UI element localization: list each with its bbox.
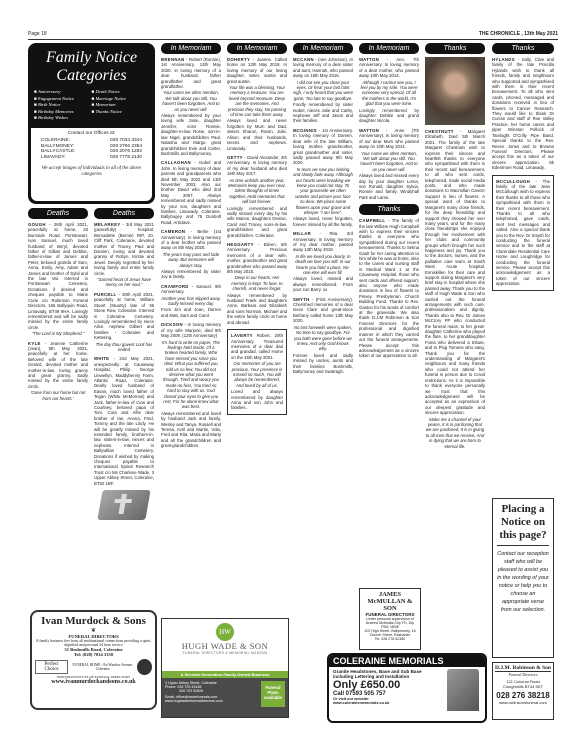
death-notice: MELARKEY - 3rd May 2021 (peacefully) hos… [94, 222, 154, 288]
notice-name: SMYTH [293, 297, 310, 302]
notice-text: - Jeannie Catherine (Jean), 5th May 2021… [28, 341, 88, 389]
coleraine-memorials-title: COLERAINE MEMORIALS [329, 655, 485, 667]
notice-verse: Make me a channel of your peace, It is i… [425, 417, 485, 449]
memoriam-notice: MCCANN - (nee Johnston). In loving memor… [293, 57, 353, 124]
family-notice-categories-box: Family Notice Categories Anniversary Dea… [28, 43, 155, 204]
notice-text: - Robert (Ronnie), 1st Anniversary, 13th… [161, 57, 221, 89]
notice-text: - The family of the late Jean McCullough… [496, 179, 550, 287]
notice-signoff: Always remembered by sister Joy & family… [161, 269, 221, 279]
memoriam-notice: DICKSON - In loving memory of my wife Ma… [161, 322, 221, 448]
notice-text: - Margaret Elizabeth. Died 5th March 202… [425, 129, 485, 415]
placing-notice-body: Contact our reception staff who will be … [497, 550, 549, 614]
placing-notice-title: Placing a Notice on this page? [497, 503, 549, 546]
thanks-banner: Thanks [425, 43, 485, 54]
memoriam-notice: HEGGARTY - Eileen. 6th Anniversary. Prec… [227, 242, 287, 325]
notice-signoff: Fondly remembered by sister Isobel, niec… [293, 102, 353, 123]
death-notice: PURCELL - 30th April 2021, peacefully at… [94, 292, 154, 352]
murdock-website: www.ivanmurdockandsons.co.uk [35, 679, 152, 685]
hugh-wade-logo: HW [216, 623, 234, 641]
deaths-column-1: Deaths GOUGH - 26th April 2021, peaceful… [28, 208, 88, 405]
notice-name: MCCULLOUGH [496, 179, 530, 184]
memoriam-notice: CALLAGHAN - Isobel and John. In loving m… [161, 160, 221, 225]
memoriam-notice: WATTON - Ann. 7th Anniversary. In loving… [359, 57, 419, 124]
bible-cross-image [97, 490, 150, 520]
notice-name: LAVERTY [231, 333, 253, 338]
notice-verse: Your name we often mention, We talk abou… [161, 90, 221, 112]
robinson-web: www.robinsonsfuneral.com [495, 700, 551, 705]
mcmullan-address: 102 High Street, Ballymoney, 16 Church S… [362, 629, 418, 637]
notice-signoff: Always loved and never forgotten by Mum … [227, 118, 287, 150]
notice-name: CALLAGHAN [161, 160, 191, 165]
notice-signoff: Always remembered and loved by husband J… [161, 411, 221, 448]
hugh-wade-tagline: A Seventh Generation Family Owned Busine… [162, 671, 288, 678]
death-notice: KYLE - Jeannie Catherine (Jean), 5th May… [28, 341, 88, 401]
funeral-plans-badge: Funeral Plans available [261, 681, 285, 707]
memoriam-notice-boxed: LAVERTY Robert. 20th Anniversary. Treasu… [227, 329, 287, 415]
memoriam-notice: DOHERTY - Joanne. Called home on 13th Ma… [227, 57, 287, 151]
thanks-notice-boxed: MCCULLOUGH - The family of the late Jean… [492, 175, 554, 291]
notice-verse: "The Lord is My Shepherd." [28, 331, 88, 336]
memoriam-notice: MCGINNIS - 1st Anniversary. In loving me… [293, 128, 353, 227]
category-item: Birthday Wishes [34, 115, 92, 122]
notice-verse: In life we loved you dearly, In death we… [293, 254, 353, 276]
robinson-name: D.J.M. Robinson & Son [495, 665, 551, 672]
hugh-wade-sub: FUNERAL DIRECTORS & MEMORIAL MASONS [162, 651, 288, 655]
notice-signoff: Lovingly remembered and sadly missed eve… [227, 206, 287, 238]
notice-verse: The day thou gavest Lord has ended [94, 342, 154, 353]
notice-name: CAMPBELL [359, 218, 385, 223]
memoriam-notice: WATTON - Anne (7th Anniversary). In lovi… [359, 128, 419, 200]
categories-list: Anniversary Death Notice Engagement Noti… [28, 85, 155, 126]
mcmullan-name: JAMES McMULLAN & SON [362, 591, 418, 612]
notice-name: MCGINNIS [293, 128, 317, 133]
memoriam-column-1: In Memoriam BRENNAN - Robert (Ronnie), 1… [161, 43, 221, 588]
murdock-home: FUNERAL HOME - En Windsor Avenue, Colera… [68, 663, 137, 671]
thanks-banner: Thanks [359, 204, 419, 215]
notice-name: WATTON [359, 57, 379, 62]
notice-verse: "Sacred heart of Jesus have mercy on her… [94, 277, 154, 288]
notice-name: BRENNAN [161, 57, 185, 62]
notice-text: - 2nd May 2021, unexpectedly at Causeway… [94, 356, 154, 485]
notice-name: KYLE [28, 341, 41, 346]
notice-name: DOHERTY [227, 57, 250, 62]
murdock-name: Ivan Murdock & Sons [35, 615, 152, 627]
notice-text: - 1st Anniversary. In loving memory of D… [293, 128, 353, 165]
notice-verse: Your life was a blessing, Your memory a … [227, 85, 287, 117]
images-accepted-note: We accept images of individuals in all o… [37, 166, 146, 178]
notice-signoff: Always loved, missed and always remember… [293, 276, 353, 292]
memoriam-notice: GETTY - David Alexander, 4th Anniversary… [227, 155, 287, 238]
robinson-ad: D.J.M. Robinson & Son Funeral Directors … [492, 662, 554, 720]
notice-text: - The family of the late William Hugh Ca… [359, 218, 419, 358]
notice-verse: In tears we saw you sinking and slowly f… [293, 167, 353, 216]
notice-name: CHESTNUTT [425, 129, 454, 134]
notice-verse: Another year has slipped away. Sadly mis… [161, 296, 221, 307]
ivan-murdock-ad: Ivan Murdock & Sons ❦ FUNERAL DIRECTORS … [30, 610, 157, 710]
robinson-phone: 028 276 38218 [495, 691, 551, 700]
notice-signoff: Always remembered by your loving wife Jo… [161, 113, 221, 156]
notice-text: - 3rd May 2021 (peacefully) hospital, Be… [94, 222, 154, 276]
thanks-column-2: Thanks HYLANDS - Sally, Clive and family… [492, 43, 554, 483]
notice-signoff: Always remembered by husband Frank and d… [227, 293, 287, 325]
thanks-notice: CAMPBELL - The family of the late Willia… [359, 218, 419, 359]
memoriam-notice: BRENNAN - Robert (Ronnie), 1st Anniversa… [161, 57, 221, 156]
murdock-phone: Tel: (028) 7034 3350 [35, 652, 152, 657]
memoriam-notice: MILLAR - Rita. 3rd Anniversary. In lovin… [293, 231, 353, 292]
murdock-desc: A family business free from all multinat… [35, 639, 152, 647]
perfect-choice-logo: Perfect Choice [35, 660, 68, 674]
notice-verse: 'Gone from our home but not from our hea… [28, 390, 88, 401]
paper-date: THE CHRONICLE , 13th May 2021 [479, 31, 558, 37]
mcmullan-desc: Under personal supervision of Andrew McM… [362, 617, 418, 629]
headstone-image [447, 669, 479, 711]
death-notice: WHITE - 2nd May 2021, unexpectedly at Ca… [94, 356, 154, 486]
deaths-column-2: Deaths MELARKEY - 3rd May 2021 (peaceful… [94, 208, 154, 524]
notice-signoff: Loved and always remembered by daughter … [231, 389, 283, 410]
notice-text: - Eileen. 6th Anniversary. Precious memo… [227, 242, 287, 274]
contact-offices: Contact our Offices at: COLERAINE:028 70… [31, 128, 152, 201]
notice-name: MCCANN [293, 57, 314, 62]
notice-verse: As time unfolds another year, Memories k… [227, 178, 287, 205]
notice-name: GOUGH [28, 222, 46, 227]
memoriam-thanks-column: In Memoriam WATTON - Ann. 7th Anniversar… [359, 43, 419, 498]
office-name: LIMAVADY: [41, 155, 66, 161]
deceased-photo [425, 57, 485, 125]
ornament-icon: ❦ [35, 627, 152, 634]
notice-name: GETTY [227, 155, 243, 160]
institute-seal-icon [137, 659, 152, 675]
hugh-wade-name: HUGH WADE & SON [162, 641, 288, 651]
notice-verse: Our memories of you are precious, Your p… [231, 361, 283, 388]
notice-name: HEGGARTY [227, 242, 254, 247]
memoriam-banner: In Memoriam [161, 43, 221, 54]
robinson-sub: Funeral Directors [495, 672, 551, 677]
page-header: Page 18 THE CHRONICLE , 13th May 2021 [28, 30, 558, 40]
office-phone: 028 7776 2130 [110, 155, 142, 161]
coleraine-memorials-ad: COLERAINE MEMORIALS Granite Headstones, … [327, 653, 487, 723]
notice-signoff: Always loved and missed every day by you… [359, 173, 419, 200]
memoriam-notice: CAMERON - Bertie (1st Anniversary). In l… [161, 229, 221, 280]
death-notice: GOUGH - 26th April 2021, peacefully at h… [28, 222, 88, 337]
notice-name: WATTON [359, 128, 379, 133]
memoriam-notice: SMYTH - (First Anniversary). Cherished m… [293, 297, 353, 375]
notice-verse: Deep in our hearts, Her memory is kept, … [227, 275, 287, 291]
newspaper-page: Page 18 THE CHRONICLE , 13th May 2021 Fa… [28, 30, 558, 730]
notice-name: PURCELL [94, 292, 116, 297]
mcmullan-phone: Tel. 028 276 62380 [362, 637, 418, 641]
notice-name: MILLAR [293, 231, 311, 236]
notice-signoff: Always loved, never forgotten, forever m… [293, 216, 353, 226]
category-item: Thanks Notice [92, 109, 150, 116]
contact-title: Contact our Offices at: [37, 131, 146, 136]
memoriam-banner: In Memoriam [293, 43, 353, 54]
notice-text: - Isobel and John. In loving memory of d… [161, 160, 221, 224]
notice-text: - 26th April 2021, peacefully at home, 3… [28, 222, 88, 330]
notice-verse: Your name we often mention, We talk abou… [359, 151, 419, 173]
robinson-address: 121 Culcrum Road Cloughmills BT44 9DT [503, 679, 543, 689]
mcmullan-ad: JAMES McMULLAN & SON FUNERAL DIRECTORS U… [359, 588, 421, 650]
notice-verse: The years may pass and fade away. But me… [161, 252, 221, 268]
notice-name: CAMERON [161, 229, 185, 234]
placing-notice-box: Placing a Notice on this page? Contact o… [492, 498, 554, 658]
page-number: Page 18 [28, 31, 47, 37]
notice-text: - Sally, Clive and family of the late Pr… [492, 57, 554, 170]
notice-name: DICKSON [161, 322, 183, 327]
memoriam-banner: In Memoriam [359, 43, 419, 54]
notice-name: WHITE [94, 356, 109, 361]
notice-signoff: Lovingly remembered by daughter Debbie a… [359, 108, 419, 124]
office-row: LIMAVADY:028 7776 2130 [37, 155, 146, 161]
notice-text: - 30th April 2021, peacefully at home, W… [94, 292, 154, 340]
memoriam-column-3: In Memoriam MCCANN - (nee Johnston). In … [293, 43, 353, 563]
memoriam-column-2: In Memoriam DOHERTY - Joanne. Called hom… [227, 43, 287, 573]
notice-name: HYLANDS [492, 57, 515, 62]
memoriam-notice: CRAWFORD - Samuel. 9th Anniversary.Anoth… [161, 284, 221, 318]
thanks-column-1: Thanks CHESTNUTT - Margaret Elizabeth. D… [425, 43, 485, 593]
notice-verse: Although I cannot see you, I feel you by… [359, 80, 419, 107]
hugh-wade-ad: HW HUGH WADE & SON FUNERAL DIRECTORS & M… [161, 618, 289, 718]
categories-title: Family Notice Categories [28, 49, 155, 85]
thanks-banner: Thanks [492, 43, 554, 54]
memoriam-banner: In Memoriam [227, 43, 287, 54]
notice-name: MELARKEY [94, 222, 121, 227]
deaths-banner: Deaths [28, 208, 88, 219]
notice-verse: It's hard to write on paper, The feeling… [161, 340, 221, 410]
coleraine-memorials-line: Granite Headstones, Base and Sub Base in… [333, 669, 433, 679]
notice-name: CRAWFORD [161, 284, 189, 289]
thanks-notice: CHESTNUTT - Margaret Elizabeth. Died 5th… [425, 129, 485, 449]
notice-verse: No last farewells were spoken, No time t… [293, 325, 353, 352]
notice-signoff: From Jim and Joan, Darren and Matt, Sam … [161, 307, 221, 317]
thanks-notice: HYLANDS - Sally, Clive and family of the… [492, 57, 554, 171]
notice-signoff: Forever loved and sadly missed by uncles… [293, 353, 353, 374]
notice-verse: I did not see you close your eyes, Or he… [293, 80, 353, 102]
deaths-banner: Deaths [94, 208, 154, 219]
